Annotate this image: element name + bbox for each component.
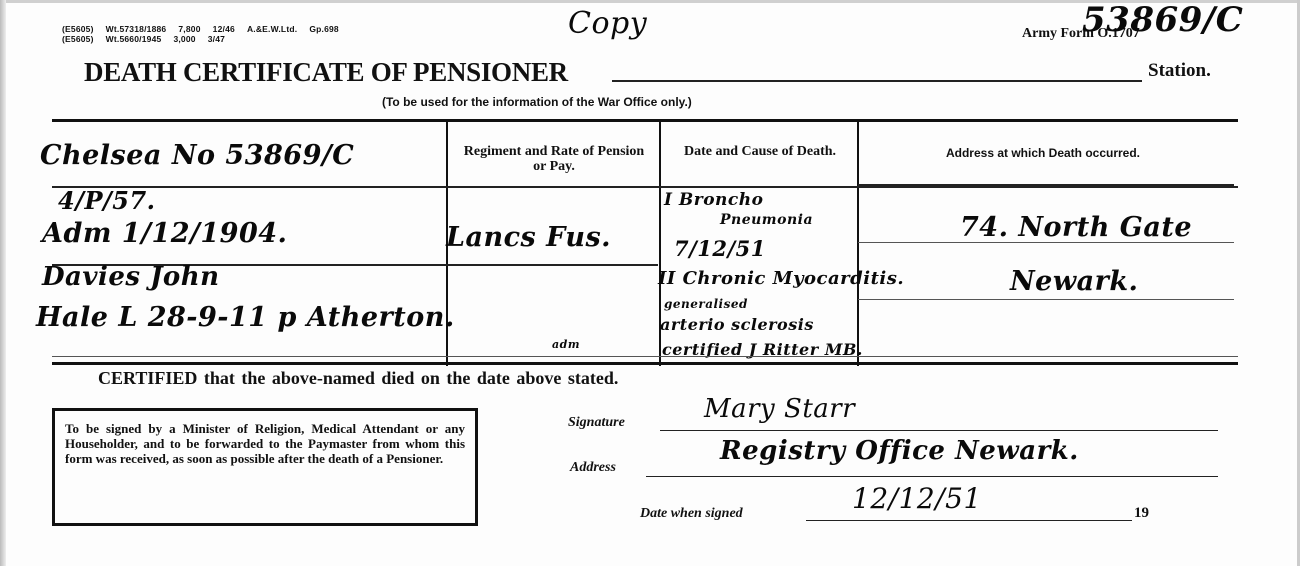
instructions-text: To be signed by a Minister of Religion, … — [65, 421, 465, 466]
print-code: 12/46 — [213, 24, 235, 34]
death-cause-line-4: generalised — [664, 297, 748, 311]
column-header-death: Date and Cause of Death. — [668, 144, 852, 159]
address-rule — [858, 184, 1234, 186]
name-cell-line-1: Chelsea No 53869/C — [40, 140, 354, 171]
column-header-regiment: Regiment and Rate of Pension or Pay. — [456, 144, 652, 174]
print-code: 7,800 — [178, 24, 200, 34]
address-line — [646, 476, 1218, 477]
print-code: 3/47 — [208, 34, 225, 44]
scan-edge-left — [0, 0, 6, 566]
year-prefix: 19 — [1134, 505, 1149, 522]
subtitle: (To be used for the information of the W… — [382, 95, 692, 109]
death-cause-line-2: Pneumonia — [720, 212, 813, 228]
death-cause-line-1: I Broncho — [664, 190, 763, 210]
address-cell-line-1: 74. North Gate — [960, 212, 1192, 243]
name-cell-line-3: Adm 1/12/1904. — [42, 218, 287, 249]
station-label: Station. — [1148, 60, 1211, 82]
print-code: (E5605) — [62, 34, 94, 44]
table-bottom-rule — [52, 362, 1238, 365]
address-label: Address — [570, 460, 616, 476]
print-code: A.&E.W.Ltd. — [247, 24, 297, 34]
print-code: Wt.5660/1945 — [106, 34, 162, 44]
copy-handwritten-mark: Copy — [568, 6, 647, 41]
name-cell-line-5: Hale L 28-9-11 p Atherton. — [36, 302, 455, 333]
print-code: 3,000 — [173, 34, 195, 44]
regiment-cell: Lancs Fus. — [446, 222, 611, 253]
address-cell-line-2: Newark. — [1010, 266, 1138, 297]
signature-value: Mary Starr — [704, 394, 855, 424]
death-cause-line-5: arterio sclerosis — [660, 315, 814, 334]
address-rule — [858, 242, 1234, 243]
death-date: 7/12/51 — [674, 236, 766, 261]
date-signed-line — [806, 520, 1132, 521]
instructions-box: To be signed by a Minister of Religion, … — [52, 408, 478, 526]
address-rule — [858, 299, 1234, 300]
date-signed-value: 12/12/51 — [852, 482, 982, 515]
form-number-handwritten: 53869/C — [1082, 0, 1243, 40]
page-title: DEATH CERTIFICATE OF PENSIONER — [84, 57, 568, 88]
print-code: Gp.698 — [309, 24, 339, 34]
name-cell-mark: adm — [552, 338, 580, 351]
table-bottom-rule-thin — [52, 356, 1238, 357]
header-bottom-rule — [52, 186, 1238, 188]
print-code-line-2: (E5605)Wt.5660/19453,0003/47 — [62, 34, 351, 44]
death-cause-line-3: II Chronic Myocarditis. — [658, 268, 904, 289]
print-code: Wt.57318/1886 — [106, 24, 167, 34]
column-header-address: Address at which Death occurred. — [866, 146, 1220, 161]
print-code-line-1: (E5605)Wt.57318/18867,80012/46A.&E.W.Ltd… — [62, 24, 351, 34]
address-value: Registry Office Newark. — [720, 436, 1079, 466]
signature-label: Signature — [568, 415, 625, 431]
print-code: (E5605) — [62, 24, 94, 34]
print-codes: (E5605)Wt.57318/18867,80012/46A.&E.W.Ltd… — [62, 24, 351, 44]
date-signed-label: Date when signed — [640, 506, 743, 522]
station-line — [612, 80, 1142, 82]
column-divider — [857, 121, 859, 366]
signature-line — [660, 430, 1218, 431]
table-top-rule — [52, 119, 1238, 122]
certification-statement: CERTIFIED that the above-named died on t… — [98, 368, 618, 389]
name-cell-line-4: Davies John — [42, 262, 220, 292]
name-cell-line-2: 4/P/57. — [58, 186, 156, 215]
